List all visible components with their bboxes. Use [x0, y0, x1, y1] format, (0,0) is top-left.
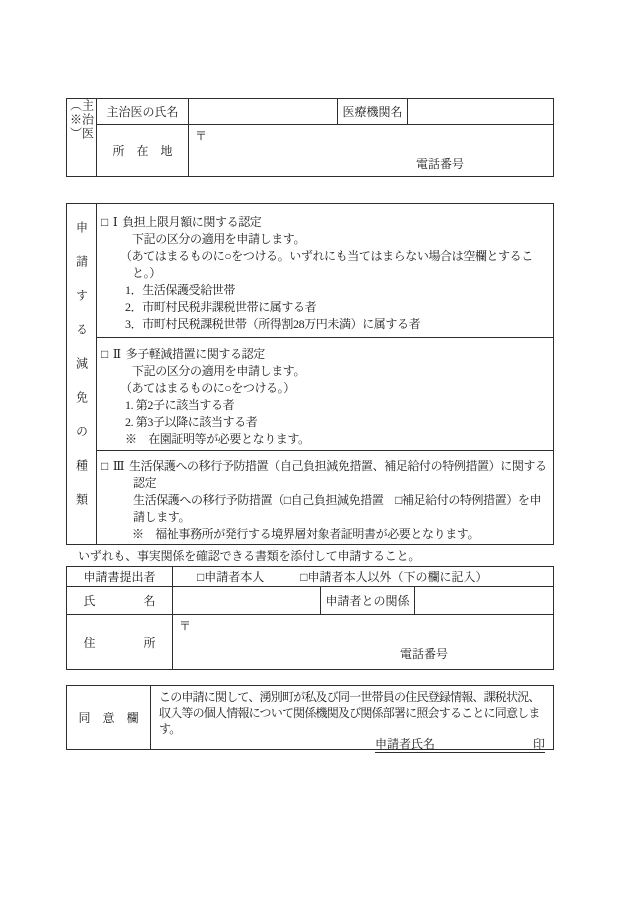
- exemption-side-label-cell: 申請する減免の種類: [67, 204, 97, 544]
- signature-line[interactable]: 申請者氏名 印: [375, 737, 545, 753]
- section2-parenthetical-note: （あてはまるものに○をつける。）: [99, 380, 547, 397]
- section3-apply-pre: 生活保護への移行予防措置（: [133, 493, 284, 507]
- section2-option-2[interactable]: 2. 第3子以降に該当する者: [125, 414, 547, 431]
- section2-instruction: 下記の区分の適用を申請します。: [132, 363, 547, 380]
- consent-table: 同 意 欄 この申請に関して、湧別町が私及び同一世帯員の住民登録情報、課税状況、…: [66, 685, 554, 750]
- section3-welfare-transition: □Ⅲ生活保護への移行予防措置（自己負担減免措置、補足給付の特例措置）に関する認定…: [97, 451, 553, 544]
- section3-certificate-note: ※ 福祉事務所が発行する境界層対象者証明書が必要となります。: [132, 526, 547, 543]
- section2-title: 多子軽減措置に関する認定: [126, 347, 265, 361]
- submitter-address-input[interactable]: 〒 電話番号: [173, 615, 553, 669]
- exemption-side-label: 申請する減免の種類: [76, 221, 88, 527]
- submitter-header-label: 申請書提出者: [67, 567, 173, 586]
- section3-checkbox[interactable]: □: [101, 459, 108, 473]
- physician-table: 主治医（※） 主治医の氏名 医療機関名 所 在 地 〒 電話番号: [66, 98, 554, 177]
- section1-monthly-cap: □Ⅰ負担上限月額に関する認定 下記の区分の適用を申請します。 （あてはまるものに…: [97, 204, 553, 338]
- section3-option-supplement-checkbox[interactable]: □補足給付の特例措置: [395, 493, 506, 507]
- physician-name-input[interactable]: [189, 99, 338, 124]
- physician-phone-label: 電話番号: [416, 155, 464, 172]
- section3-title: 生活保護への移行予防措置（自己負担減免措置、補足給付の特例措置）に関する認定: [129, 459, 547, 490]
- submitter-table: 申請書提出者 □申請者本人 □申請者本人以外（下の欄に記入） 氏 名 申請者との…: [66, 566, 554, 670]
- section2-numeral: Ⅱ: [113, 347, 121, 361]
- exemption-type-table: 申請する減免の種類 □Ⅰ負担上限月額に関する認定 下記の区分の適用を申請します。…: [66, 203, 554, 545]
- section2-certificate-note: ※ 在園証明等が必要となります。: [125, 431, 547, 448]
- consent-text: この申請に関して、湧別町が私及び同一世帯員の住民登録情報、課税状況、収入等の個人…: [159, 689, 547, 737]
- section1-option-2[interactable]: 2．市町村民税非課税世帯に属する者: [125, 299, 547, 316]
- institution-name-label: 医療機関名: [338, 99, 408, 124]
- postal-mark: 〒: [179, 617, 191, 634]
- application-form-page: 主治医（※） 主治医の氏名 医療機関名 所 在 地 〒 電話番号 申請する減免の…: [0, 0, 630, 915]
- relation-input[interactable]: [415, 587, 553, 614]
- attachment-note: いずれも、事実関係を確認できる書類を添付して申請すること。: [78, 547, 420, 564]
- section1-parenthetical-note: （あてはまるものに○をつける。いずれにも当てはまらない場合は空欄とすること。）: [99, 248, 547, 282]
- relation-label: 申請者との関係: [321, 587, 415, 614]
- signature-label: 申請者氏名: [375, 737, 435, 752]
- submitter-phone-label: 電話番号: [400, 645, 448, 662]
- section1-option-1[interactable]: 1．生活保護受給世帯: [125, 282, 547, 299]
- section1-title: 負担上限月額に関する認定: [122, 215, 261, 229]
- physician-name-label: 主治医の氏名: [97, 99, 189, 124]
- section3-apply-line: 生活保護への移行予防措置（□自己負担減免措置 □補足給付の特例措置）を申請します…: [133, 492, 547, 526]
- consent-label: 同 意 欄: [67, 686, 151, 749]
- section1-instruction: 下記の区分の適用を申請します。: [132, 231, 547, 248]
- physician-side-label: 主治医（※）: [70, 99, 94, 176]
- submitter-name-input[interactable]: [173, 587, 321, 614]
- section2-option-1[interactable]: 1. 第2子に該当する者: [125, 397, 547, 414]
- seal-label: 印: [533, 737, 545, 752]
- section1-numeral: Ⅰ: [113, 215, 117, 229]
- section1-option-3[interactable]: 3．市町村民税課税世帯（所得割28万円未満）に属する者: [125, 316, 547, 333]
- physician-address-label: 所 在 地: [97, 125, 189, 176]
- physician-address-input[interactable]: 〒 電話番号: [189, 125, 553, 176]
- submitter-name-label: 氏 名: [67, 587, 173, 614]
- physician-side-label-cell: 主治医（※）: [67, 99, 97, 176]
- postal-mark: 〒: [195, 127, 207, 144]
- section1-checkbox[interactable]: □: [101, 215, 108, 229]
- section3-apply-gap: [383, 493, 395, 507]
- section3-numeral: Ⅲ: [113, 459, 124, 473]
- section2-multi-child: □Ⅱ多子軽減措置に関する認定 下記の区分の適用を申請します。 （あてはまるものに…: [97, 338, 553, 451]
- submitter-option-self-checkbox[interactable]: □申請者本人: [197, 568, 264, 585]
- submitter-address-label: 住 所: [67, 615, 173, 669]
- section3-option-self-burden-checkbox[interactable]: □自己負担減免措置: [284, 493, 384, 507]
- institution-name-input[interactable]: [408, 99, 553, 124]
- section2-checkbox[interactable]: □: [101, 347, 108, 361]
- submitter-option-other-checkbox[interactable]: □申請者本人以外（下の欄に記入）: [300, 568, 487, 585]
